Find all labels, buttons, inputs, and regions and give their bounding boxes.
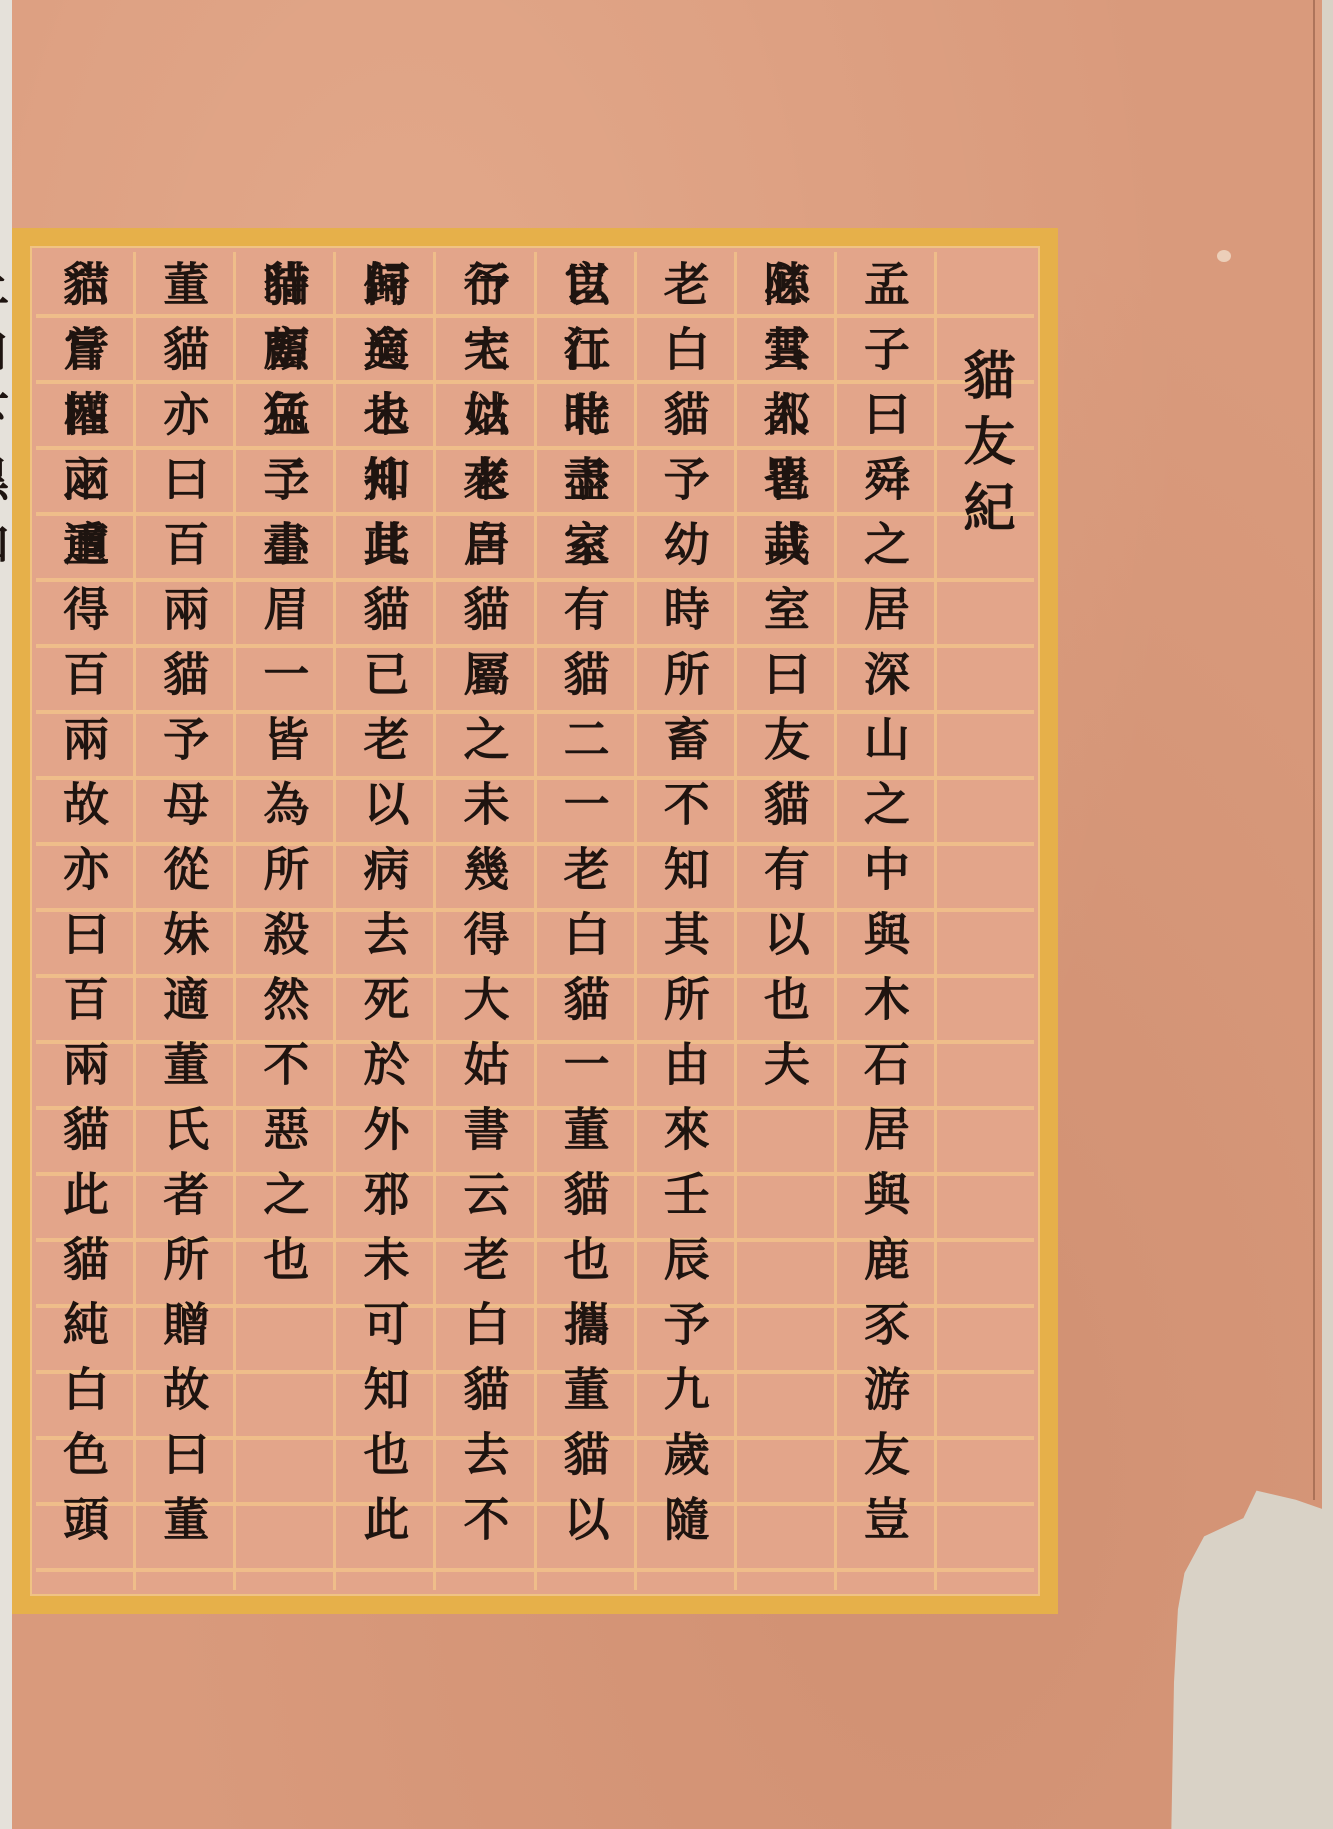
text-column-6: 何適也抑此貓已老以病去死於外邪未可知也此貓頗猛予小 [333,252,433,1590]
column-text: 六斤四兩適得百兩故亦曰百兩貓此貓純白色頭上白下黑和 [36,260,133,1590]
column-text: 老白貓予幼時所畜不知其所由來壬辰予九歲隨宦江北盡室 [637,260,734,1590]
text-column-2: 陳雪都署其室曰友貓有以也夫 [734,252,834,1590]
text-column-1: 孟子曰舜之居深山之中與木石居與鹿豕游友豈必其人也哉 [834,252,934,1590]
column-text: 時畜兔二畫眉一皆為所殺然不惡之也 [236,260,333,1300]
document-title: 貓友紀 [937,348,1034,546]
column-text: 以行時予家有貓二一老白貓一董貓也攜董貓以行大姑來居 [537,260,634,1590]
writing-grid: 貓友紀 孟子曰舜之居深山之中與木石居與鹿豕游友豈必其人也哉 陳雪都署其室曰友貓有… [36,252,1034,1590]
page-fold-line [1313,0,1315,1500]
paper-spot [1217,250,1231,262]
title-column: 貓友紀 [934,252,1034,1590]
column-text: 孟子曰舜之居深山之中與木石居與鹿豕游友豈必其人也哉 [837,260,934,1590]
text-column-9: 六斤四兩適得百兩故亦曰百兩貓此貓純白色頭上白下黑和 [36,252,133,1590]
column-text: 何適也抑此貓已老以病去死於外邪未可知也此貓頗猛予小 [336,260,433,1590]
column-text: 陳雪都署其室曰友貓有以也夫 [737,260,834,1105]
column-text: 予宅以老白貓屬之未幾得大姑書云老白貓去不歸矣未知其 [436,260,533,1590]
text-column-8: 董貓亦曰百兩貓予母從妹適董氏者所贈故曰董貓嘗權之重 [133,252,233,1590]
text-column-3: 老白貓予幼時所畜不知其所由來壬辰予九歲隨宦江北盡室 [634,252,734,1590]
manuscript-grid-frame: 貓友紀 孟子曰舜之居深山之中與木石居與鹿豕游友豈必其人也哉 陳雪都署其室曰友貓有… [12,228,1058,1614]
text-column-7: 時畜兔二畫眉一皆為所殺然不惡之也 [233,252,333,1590]
column-text: 董貓亦曰百兩貓予母從妹適董氏者所贈故曰董貓嘗權之重 [136,260,233,1590]
text-column-5: 予宅以老白貓屬之未幾得大姑書云老白貓去不歸矣未知其 [433,252,533,1590]
text-column-4: 以行時予家有貓二一老白貓一董貓也攜董貓以行大姑來居 [534,252,634,1590]
